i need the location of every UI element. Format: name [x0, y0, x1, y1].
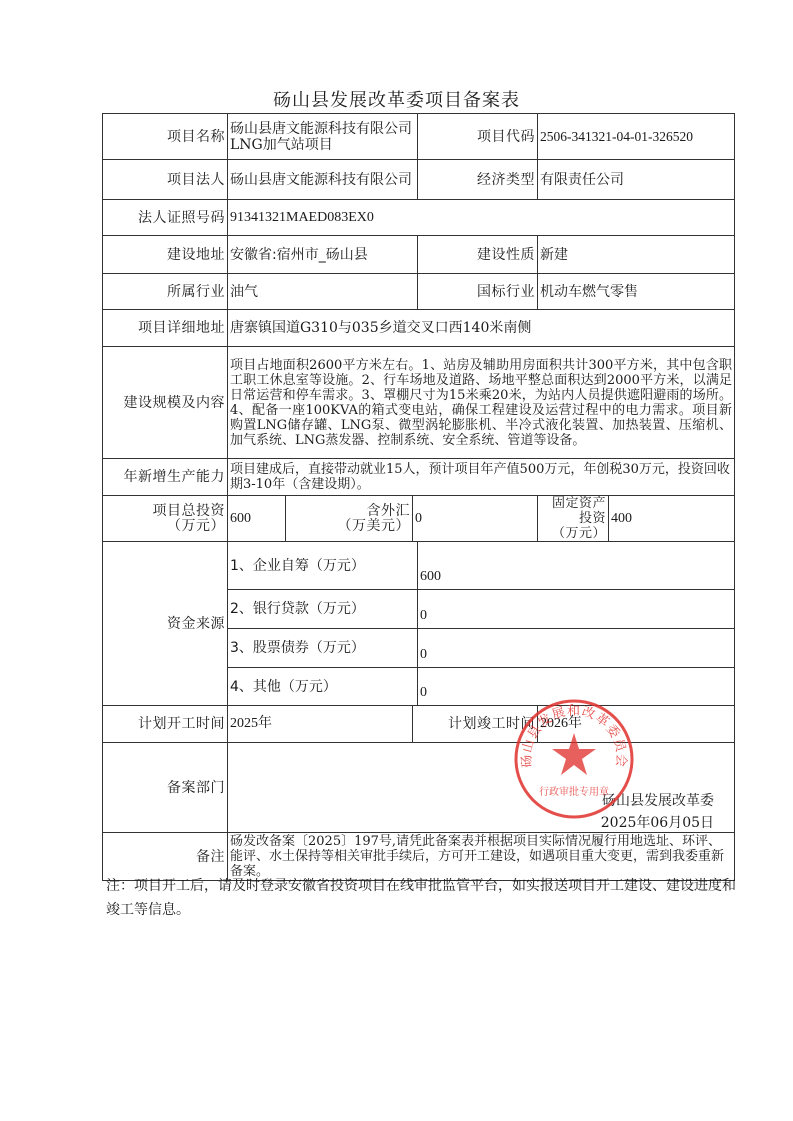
filing-form-table: 项目名称 砀山县唐文能源科技有限公司LNG加气站项目 项目代码 2506-341…	[102, 113, 735, 881]
planned-start-value: 2025年	[228, 706, 413, 743]
row-project-name: 项目名称 砀山县唐文能源科技有限公司LNG加气站项目 项目代码 2506-341…	[103, 114, 735, 160]
annual-capacity-value: 项目建成后，直接带动就业15人，预计项目年产值500万元，年创税30万元，投资回…	[228, 459, 735, 496]
project-name-value: 砀山县唐文能源科技有限公司LNG加气站项目	[228, 114, 418, 160]
document-title: 砀山县发展改革委项目备案表	[0, 86, 793, 112]
funding-item-label: 1、企业自筹（万元）	[228, 542, 418, 590]
foreign-exchange-label-line2: （万美元）	[288, 519, 410, 534]
filing-department-label: 备案部门	[103, 743, 228, 833]
row-license-number: 法人证照号码 91341321MAED083EX0	[103, 200, 735, 236]
national-industry-value: 机动车燃气零售	[538, 274, 735, 310]
filing-date: 2025年06月05日	[601, 815, 714, 831]
total-investment-label-line1: 项目总投资	[105, 504, 225, 519]
scale-content-value: 项目占地面积2600平方米左右。1、站房及辅助用房面积共计300平方米，其中包含…	[228, 347, 735, 459]
construction-address-label: 建设地址	[103, 236, 228, 274]
row-legal-entity: 项目法人 砀山县唐文能源科技有限公司 经济类型 有限责任公司	[103, 160, 735, 200]
construction-address-value: 安徽省:宿州市_砀山县	[228, 236, 418, 274]
row-construction-address: 建设地址 安徽省:宿州市_砀山县 建设性质 新建	[103, 236, 735, 274]
row-annual-capacity: 年新增生产能力 项目建成后，直接带动就业15人，预计项目年产值500万元，年创税…	[103, 459, 735, 496]
project-name-label: 项目名称	[103, 114, 228, 160]
funding-sources-label: 资金来源	[103, 542, 228, 706]
row-industry: 所属行业 油气 国标行业 机动车燃气零售	[103, 274, 735, 310]
row-schedule: 计划开工时间 2025年 计划竣工时间 2026年	[103, 706, 735, 743]
detailed-address-label: 项目详细地址	[103, 310, 228, 347]
funding-item-value: 0	[418, 590, 735, 629]
industry-value: 油气	[228, 274, 418, 310]
license-number-value: 91341321MAED083EX0	[228, 200, 735, 236]
filing-department-cell: 砀山县发展改革委 2025年06月05日	[228, 743, 735, 833]
economic-type-label: 经济类型	[418, 160, 538, 200]
funding-item-label: 2、银行贷款（万元）	[228, 590, 418, 629]
row-funding-1: 资金来源 1、企业自筹（万元） 600	[103, 542, 735, 590]
industry-label: 所属行业	[103, 274, 228, 310]
scale-content-label: 建设规模及内容	[103, 347, 228, 459]
total-investment-label: 项目总投资 （万元）	[103, 496, 228, 542]
funding-item-value: 600	[418, 542, 735, 590]
row-investment: 项目总投资 （万元） 600 含外汇 （万美元） 0 固定资产投资 （万元） 4…	[103, 496, 735, 542]
legal-entity-value: 砀山县唐文能源科技有限公司	[228, 160, 418, 200]
annual-capacity-label: 年新增生产能力	[103, 459, 228, 496]
fixed-asset-label-line2: （万元）	[540, 526, 606, 541]
foreign-exchange-label-line1: 含外汇	[288, 504, 410, 519]
construction-nature-label: 建设性质	[418, 236, 538, 274]
foreign-exchange-value: 0	[413, 496, 538, 542]
foreign-exchange-label: 含外汇 （万美元）	[286, 496, 413, 542]
funding-item-value: 0	[418, 629, 735, 668]
legal-entity-label: 项目法人	[103, 160, 228, 200]
footnote: 注：项目开工后，请及时登录安徽省投资项目在线审批监管平台，如实报送项目开工建设、…	[106, 874, 736, 922]
row-filing-department: 备案部门 砀山县发展改革委 2025年06月05日	[103, 743, 735, 833]
fixed-asset-label-line1: 固定资产投资	[540, 496, 606, 526]
fixed-asset-label: 固定资产投资 （万元）	[538, 496, 609, 542]
funding-item-value: 0	[418, 668, 735, 706]
total-investment-label-line2: （万元）	[105, 519, 225, 534]
row-scale-content: 建设规模及内容 项目占地面积2600平方米左右。1、站房及辅助用房面积共计300…	[103, 347, 735, 459]
funding-item-label: 4、其他（万元）	[228, 668, 418, 706]
project-code-label: 项目代码	[418, 114, 538, 160]
planned-completion-value: 2026年	[538, 706, 735, 743]
fixed-asset-value: 400	[609, 496, 735, 542]
planned-completion-label: 计划竣工时间	[413, 706, 538, 743]
detailed-address-value: 唐寨镇国道G310与035乡道交叉口西140米南侧	[228, 310, 735, 347]
national-industry-label: 国标行业	[418, 274, 538, 310]
project-code-value: 2506-341321-04-01-326520	[538, 114, 735, 160]
construction-nature-value: 新建	[538, 236, 735, 274]
row-detailed-address: 项目详细地址 唐寨镇国道G310与035乡道交叉口西140米南侧	[103, 310, 735, 347]
economic-type-value: 有限责任公司	[538, 160, 735, 200]
funding-item-label: 3、股票债券（万元）	[228, 629, 418, 668]
planned-start-label: 计划开工时间	[103, 706, 228, 743]
total-investment-value: 600	[228, 496, 286, 542]
license-number-label: 法人证照号码	[103, 200, 228, 236]
filing-department-name: 砀山县发展改革委	[602, 793, 714, 809]
